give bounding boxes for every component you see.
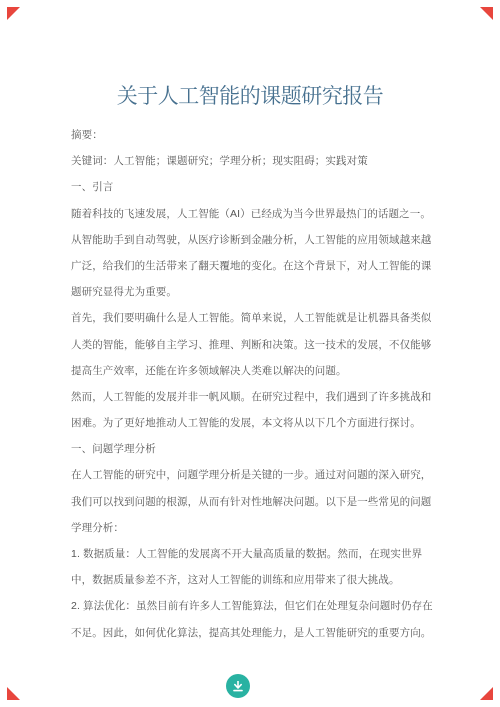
text-line: 不足。因此，如何优化算法，提高其处理能力，是人工智能研究的重要方向。 xyxy=(71,620,440,646)
text-line: 随着科技的飞速发展，人工智能（AI）已经成为当今世界最热门的话题之一。 xyxy=(71,201,440,227)
text-line: 中，数据质量参差不齐，这对人工智能的训练和应用带来了很大挑战。 xyxy=(71,567,440,593)
corner-mark-top-left-icon xyxy=(7,7,20,20)
text-line: 然而，人工智能的发展并非一帆风顺。在研究过程中，我们遇到了许多挑战和 xyxy=(71,384,440,410)
text-line: 广泛，给我们的生活带来了翻天覆地的变化。在这个背景下，对人工智能的课 xyxy=(71,253,440,279)
text-line: 困难。为了更好地推动人工智能的发展，本文将从以下几个方面进行探讨。 xyxy=(71,410,440,436)
text-line: 一、引言 xyxy=(71,174,440,200)
text-line: 关键词：人工智能；课题研究；学理分析；现实阻碍；实践对策 xyxy=(71,148,440,174)
text-line: 人类的智能，能够自主学习、推理、判断和决策。这一技术的发展，不仅能够 xyxy=(71,332,440,358)
corner-mark-top-right-icon xyxy=(480,7,493,20)
text-line: 在人工智能的研究中，问题学理分析是关键的一步。通过对问题的深入研究， xyxy=(71,462,440,488)
document-title: 关于人工智能的课题研究报告 xyxy=(0,84,500,110)
text-line: 1. 数据质量：人工智能的发展离不开大量高质量的数据。然而，在现实世界 xyxy=(71,541,440,567)
text-line: 题研究显得尤为重要。 xyxy=(71,279,440,305)
text-line: 我们可以找到问题的根源，从而有针对性地解决问题。以下是一些常见的问题 xyxy=(71,489,440,515)
corner-mark-bottom-right-icon xyxy=(480,687,493,700)
text-line: 一、问题学理分析 xyxy=(71,436,440,462)
document-body: 摘要：关键词：人工智能；课题研究；学理分析；现实阻碍；实践对策一、引言随着科技的… xyxy=(71,122,440,646)
text-line: 2. 算法优化：虽然目前有许多人工智能算法，但它们在处理复杂问题时仍存在 xyxy=(71,593,440,619)
text-line: 学理分析： xyxy=(71,515,440,541)
text-line: 首先，我们要明确什么是人工智能。简单来说，人工智能就是让机器具备类似 xyxy=(71,305,440,331)
text-line: 提高生产效率，还能在许多领域解决人类难以解决的问题。 xyxy=(71,358,440,384)
download-icon xyxy=(232,680,244,692)
text-line: 摘要： xyxy=(71,122,440,148)
corner-mark-bottom-left-icon xyxy=(7,687,20,700)
document-page: 关于人工智能的课题研究报告 摘要：关键词：人工智能；课题研究；学理分析；现实阻碍… xyxy=(0,0,500,707)
text-line: 从智能助手到自动驾驶，从医疗诊断到金融分析，人工智能的应用领域越来越 xyxy=(71,227,440,253)
download-button[interactable] xyxy=(226,674,250,698)
